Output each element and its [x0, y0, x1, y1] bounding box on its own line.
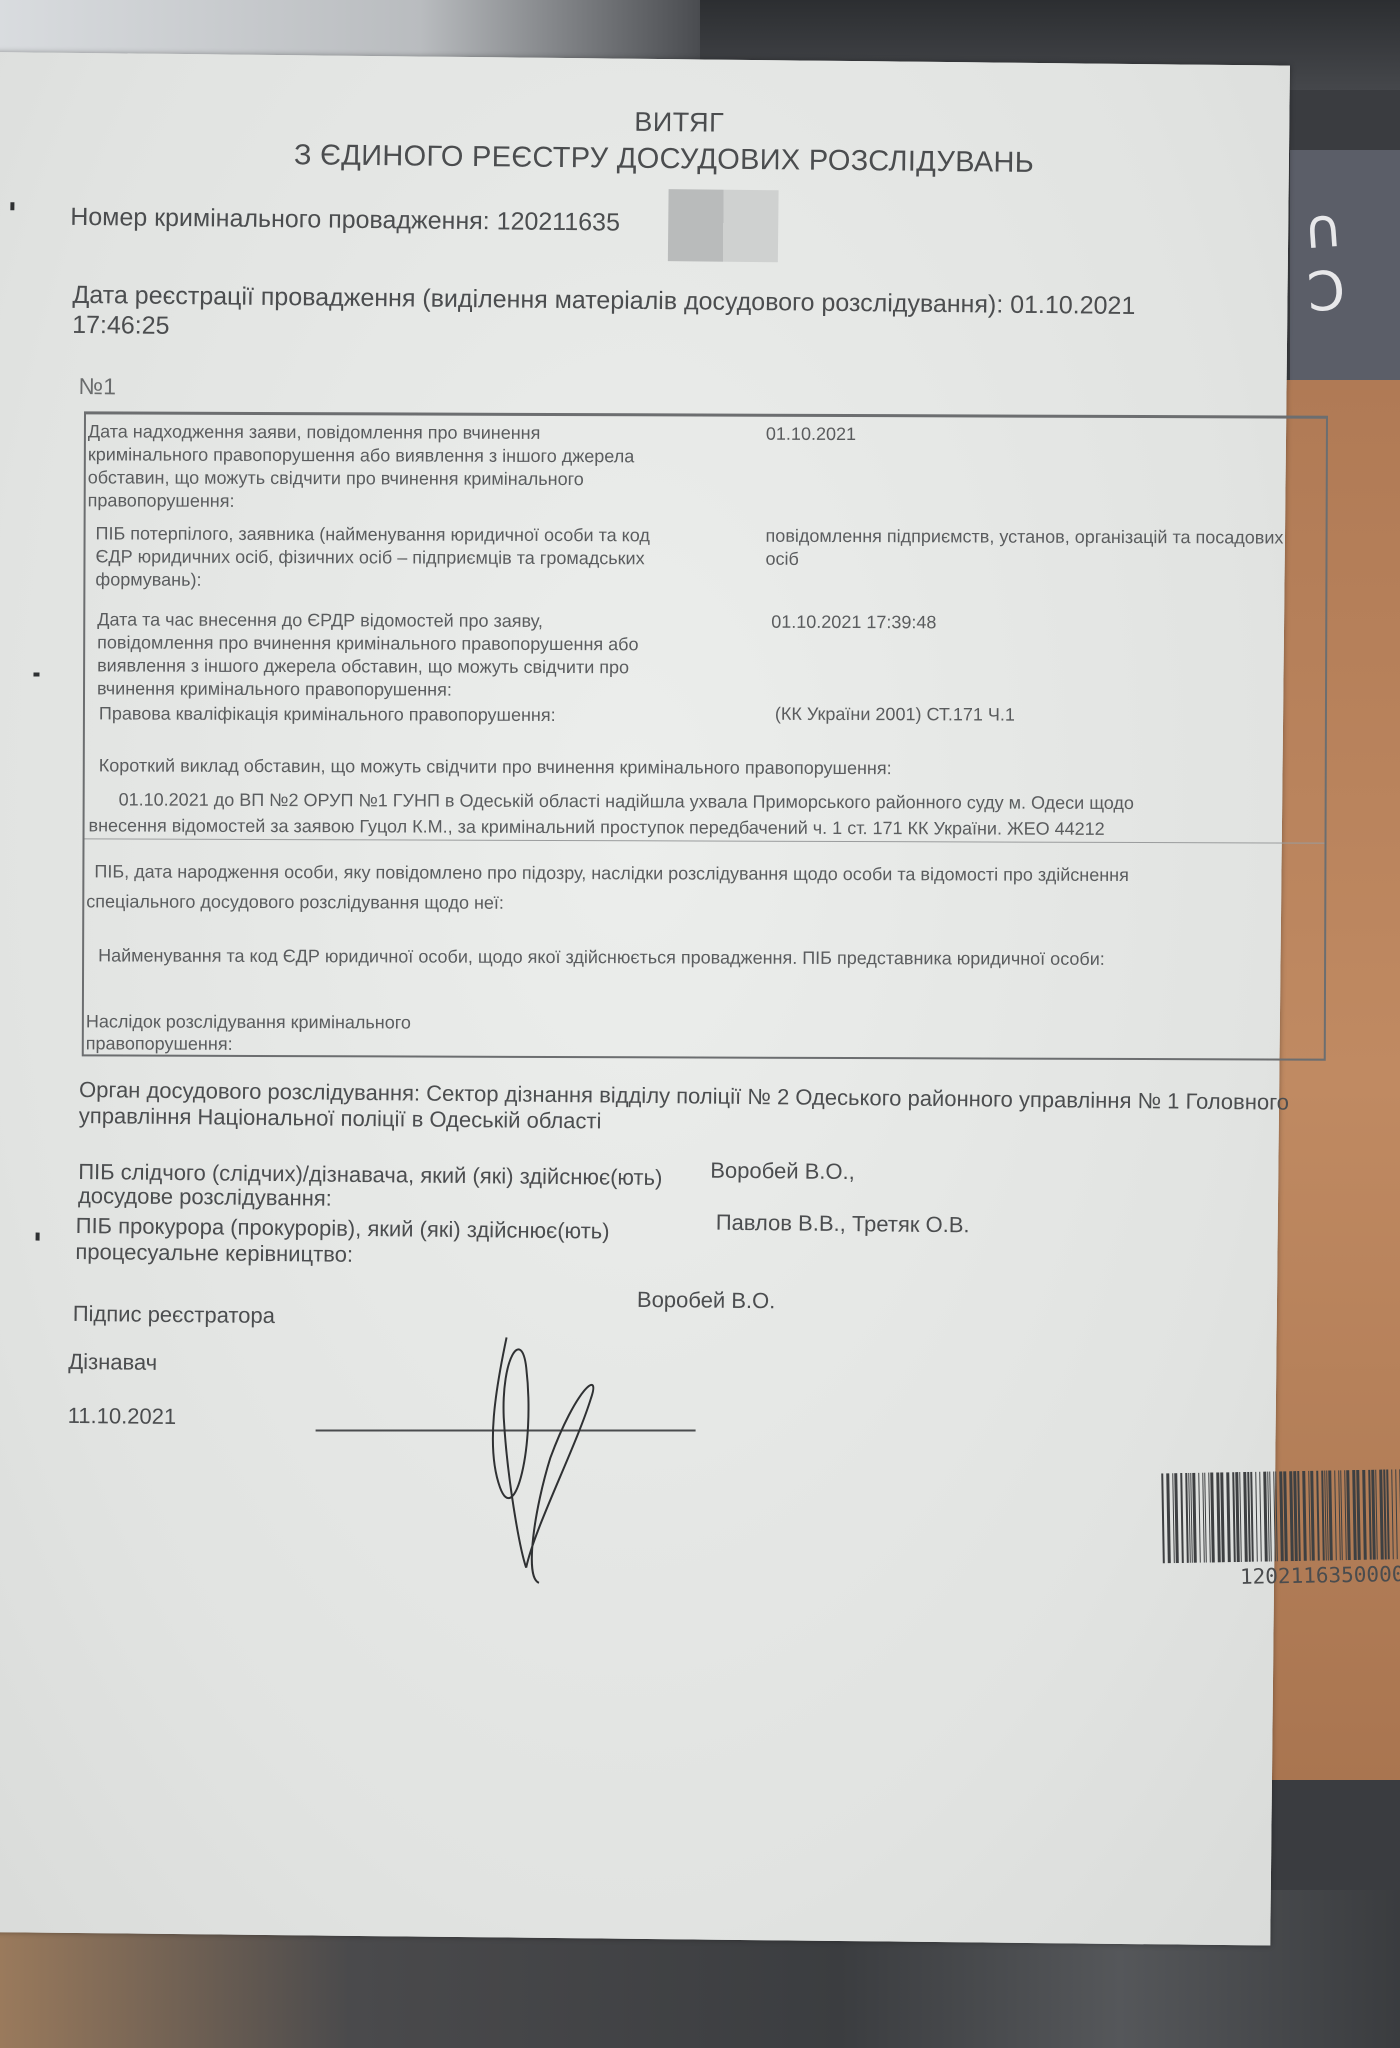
background-cable-area	[0, 0, 700, 60]
row-value-application-date: 01.10.2021	[766, 423, 1306, 448]
suspect-label-1: ПІБ, дата народження особи, яку повідомл…	[94, 860, 1314, 887]
document-date: 11.10.2021	[68, 1403, 177, 1430]
agency-line-2: управління Національної поліції в Одеськ…	[79, 1103, 602, 1134]
prosecutor-label-2: процесуальне керівництво:	[75, 1239, 353, 1268]
document-title: ВИТЯГ	[634, 107, 724, 139]
paper-speck	[10, 202, 14, 210]
summary-label: Короткий виклад обставин, що можуть свід…	[99, 754, 1299, 781]
investigator-value: Воробей В.О.,	[710, 1158, 855, 1186]
document-page: ВИТЯГ З ЄДИНОГО РЕЄСТРУ ДОСУДОВИХ РОЗСЛІ…	[0, 52, 1290, 1946]
prosecutor-value: Павлов В.В., Третяк О.В.	[716, 1210, 970, 1239]
registration-date: Дата реєстрації провадження (виділення м…	[72, 281, 1135, 321]
row-label-qualification: Правова кваліфікація кримінального право…	[99, 702, 719, 727]
handwritten-signature	[464, 1327, 607, 1588]
row-value-entry-datetime: 01.10.2021 17:39:48	[771, 611, 1311, 636]
register-table: Дата надходження заяви, повідомлення про…	[82, 411, 1328, 1060]
barcode-number: 12021163500002225	[1240, 1561, 1400, 1589]
registrar-name: Воробей В.О.	[637, 1287, 776, 1314]
outcome-label-2: правопорушення:	[86, 1032, 606, 1057]
outcome-label-1: Наслідок розслідування кримінального	[86, 1010, 606, 1035]
registration-time: 17:46:25	[72, 311, 170, 341]
barcode	[1159, 1467, 1400, 1564]
investigator-label-2: досудове розслідування:	[78, 1183, 332, 1212]
row-label-victim: ПІБ потерпілого, заявника (найменування …	[95, 522, 655, 593]
row-label-entry-datetime: Дата та час внесення до ЄРДР відомостей …	[97, 608, 657, 702]
summary-text-2: внесення відомостей за заявою Гуцол К.М.…	[89, 814, 1289, 841]
paper-speck	[36, 1233, 40, 1241]
row-value-qualification: (КК України 2001) СТ.171 Ч.1	[775, 703, 1315, 728]
paper-speck	[33, 672, 39, 676]
legal-entity-label: Найменування та код ЄДР юридичної особи,…	[98, 944, 1318, 971]
row-label-application-date: Дата надходження заяви, повідомлення про…	[88, 420, 648, 514]
position-label: Дізнавач	[68, 1349, 157, 1376]
row-value-victim: повідомлення підприємств, установ, орган…	[765, 525, 1305, 573]
background-device-logo: ∩ Ͻ	[1301, 192, 1400, 324]
case-number: Номер кримінального провадження: 1202116…	[70, 203, 620, 238]
redaction-block	[668, 189, 779, 262]
entry-number: №1	[78, 373, 116, 400]
registrar-signature-label: Підпис реєстратора	[73, 1301, 275, 1329]
suspect-label-2: спеціального досудового розслідування що…	[86, 890, 1306, 917]
document-subtitle: З ЄДИНОГО РЕЄСТРУ ДОСУДОВИХ РОЗСЛІДУВАНЬ	[294, 139, 1034, 180]
summary-text-1: 01.10.2021 до ВП №2 ОРУП №1 ГУНП в Одесь…	[119, 788, 1319, 815]
